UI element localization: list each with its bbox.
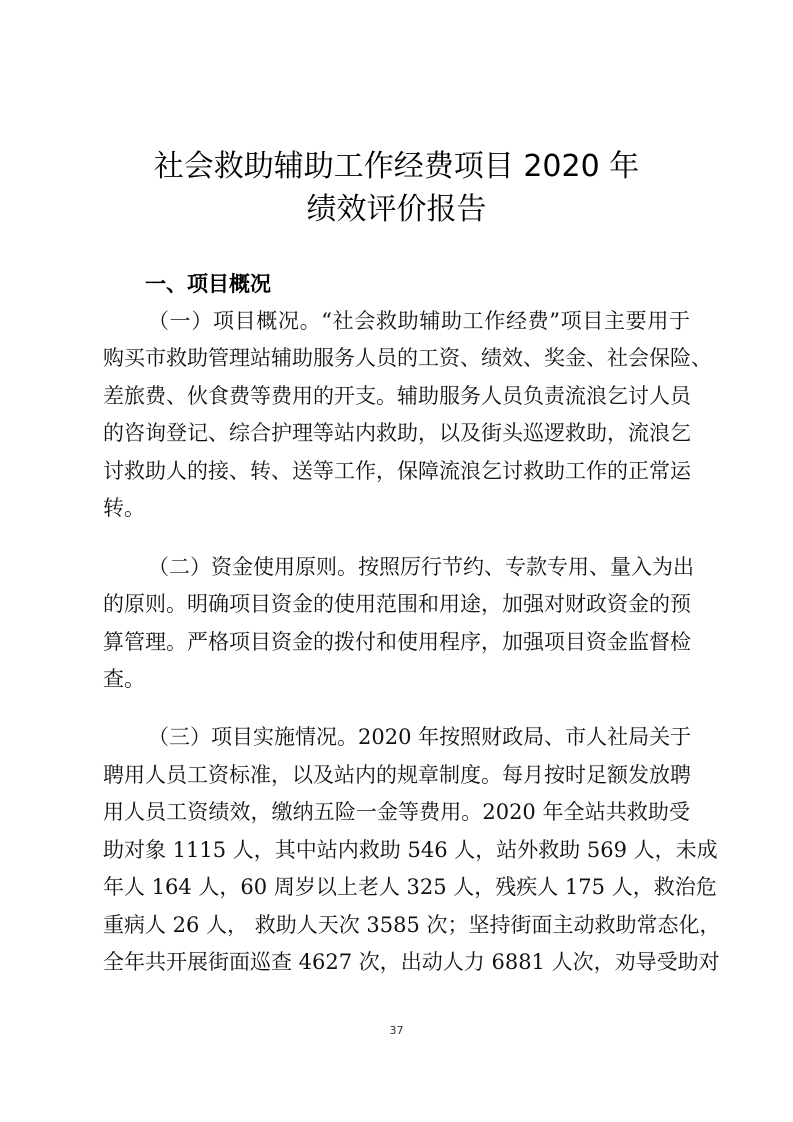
paragraph-3-line: 聘用人员工资标准，以及站内的规章制度。每月按时足额发放聘: [103, 760, 690, 790]
document-title-line-2: 绩效评价报告: [0, 184, 793, 228]
paragraph-1-line: 讨救助人的接、转、送等工作，保障流浪乞讨救助工作的正常运: [103, 456, 690, 486]
paragraph-1-line: （一）项目概况。“社会救助辅助工作经费”项目主要用于: [148, 306, 690, 336]
paragraph-3-line: 全年共开展街面巡查 4627 次，出动人力 6881 人次，劝导受助对: [103, 947, 690, 977]
paragraph-2-line: （二）资金使用原则。按照厉行节约、专款专用、量入为出: [148, 552, 690, 582]
paragraph-2-line: 算管理。严格项目资金的拨付和使用程序，加强项目资金监督检: [103, 627, 690, 657]
paragraph-3-line: 年人 164 人，60 周岁以上老人 325 人，残疾人 175 人，救治危: [103, 872, 690, 902]
section-heading-project-overview: 一、项目概况: [145, 268, 271, 298]
paragraph-3-line: （三）项目实施情况。2020 年按照财政局、市人社局关于: [148, 722, 690, 752]
document-page: 社会救助辅助工作经费项目 2020 年 绩效评价报告 一、项目概况 （一）项目概…: [0, 0, 793, 1122]
paragraph-1-line: 转。: [103, 493, 690, 523]
paragraph-1-line: 购买市救助管理站辅助服务人员的工资、绩效、奖金、社会保险、: [103, 343, 690, 373]
document-title-line-1: 社会救助辅助工作经费项目 2020 年: [0, 141, 793, 185]
paragraph-2-line: 查。: [103, 664, 690, 694]
paragraph-3-line: 重病人 26 人， 救助人天次 3585 次；坚持街面主动救助常态化，: [103, 910, 690, 940]
paragraph-3-line: 用人员工资绩效，缴纳五险一金等费用。2020 年全站共救助受: [103, 797, 690, 827]
paragraph-1-line: 的咨询登记、综合护理等站内救助，以及街头巡逻救助，流浪乞: [103, 418, 690, 448]
paragraph-3-line: 助对象 1115 人，其中站内救助 546 人，站外救助 569 人，未成: [103, 835, 690, 865]
page-number: 37: [0, 1024, 793, 1037]
paragraph-2-line: 的原则。明确项目资金的使用范围和用途，加强对财政资金的预: [103, 589, 690, 619]
paragraph-1-line: 差旅费、伙食费等费用的开支。辅助服务人员负责流浪乞讨人员: [103, 381, 690, 411]
